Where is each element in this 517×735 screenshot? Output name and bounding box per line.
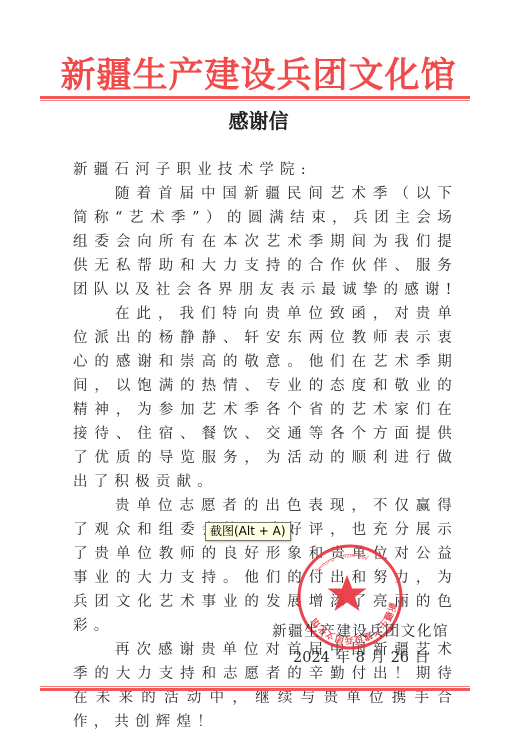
organization-masthead: 新疆生产建设兵团文化馆 (0, 56, 517, 96)
red-star-icon (328, 575, 367, 611)
letter-page: 新疆生产建设兵团文化馆 感谢信 新疆石河子职业技术学院: 随着首届中国新疆民间艺… (0, 0, 517, 735)
signature-organization: 新疆生产建设兵团文化馆 (272, 621, 432, 643)
signature-date: 2024 年 8 月 26 日 (293, 647, 429, 669)
footer-rule-thin (40, 686, 470, 687)
header-rule-thin (40, 100, 470, 101)
salutation: 新疆石河子职业技术学院: (73, 158, 458, 182)
letter-title: 感谢信 (0, 108, 517, 134)
paragraph-2: 在此，我们特向贵单位致函，对贵单位派出的杨静静、轩安东两位教师表示衷心的感谢和崇… (73, 302, 458, 494)
footer-rule-thick (40, 688, 470, 691)
header-rule-thick (40, 96, 470, 99)
screenshot-tooltip: 截图(Alt + A) (205, 522, 291, 541)
paragraph-1: 随着首届中国新疆民间艺术季（以下简称“艺术季”）的圆满结束，兵团主会场组委会向所… (73, 182, 458, 302)
